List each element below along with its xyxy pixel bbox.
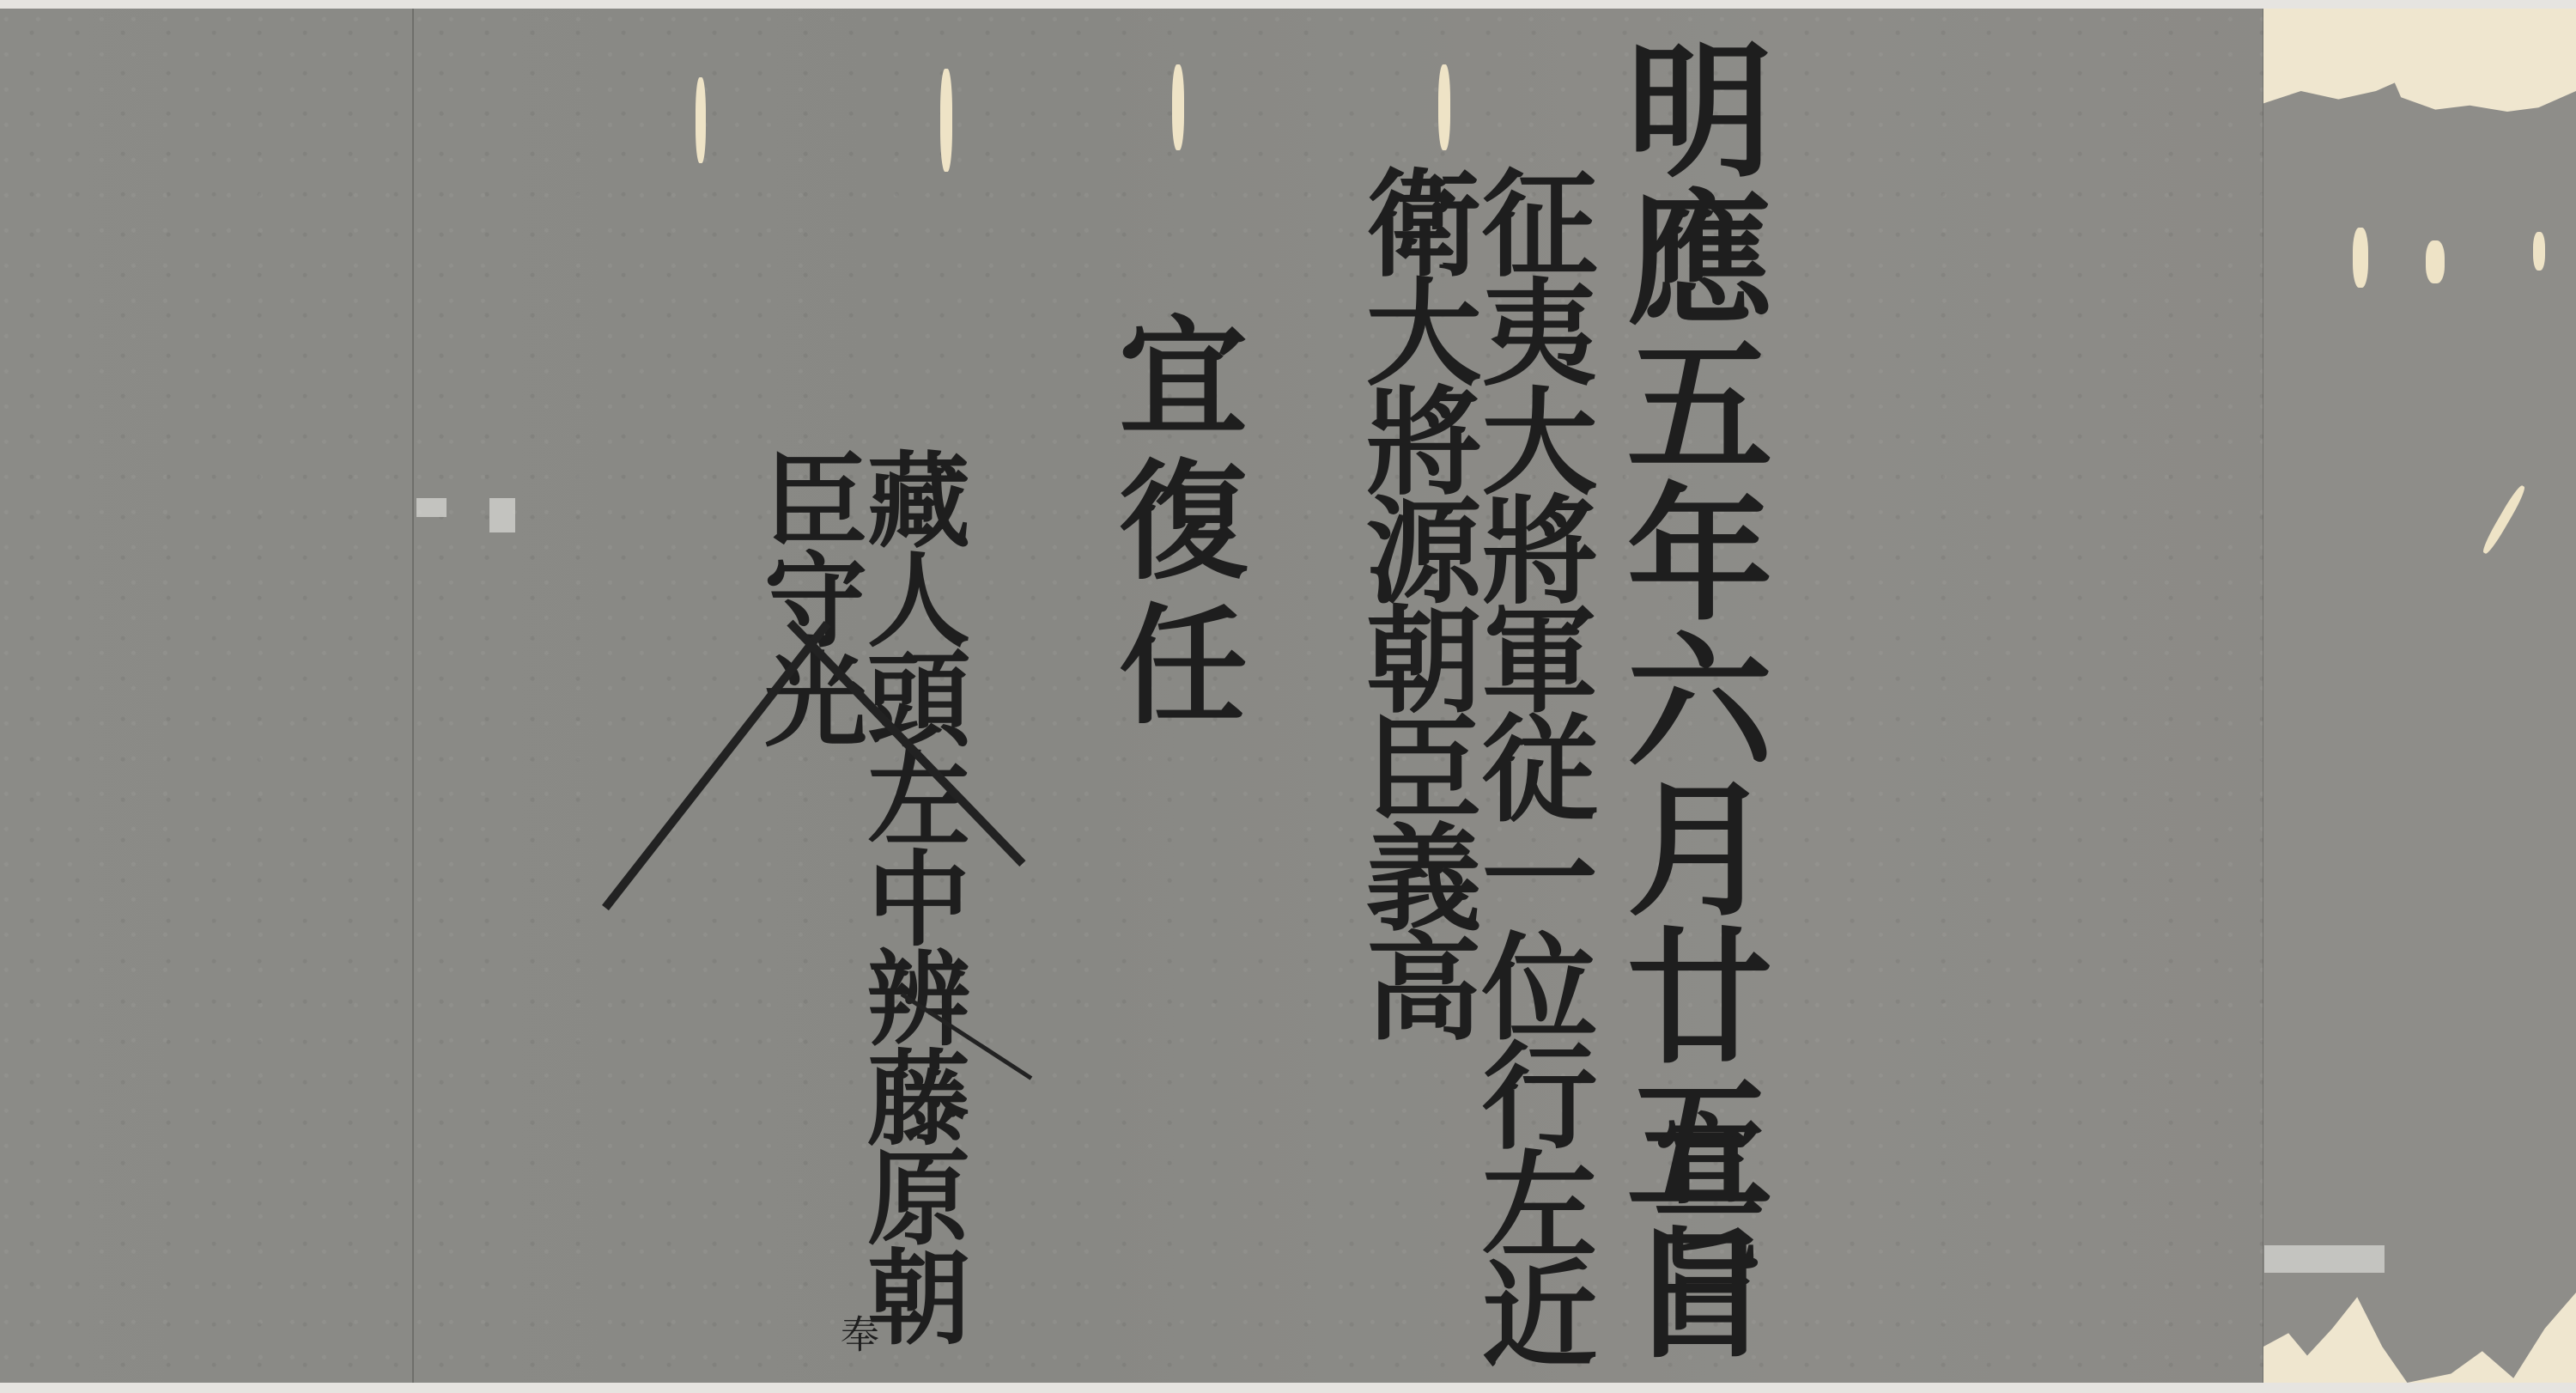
wormhole-damage <box>2426 240 2445 283</box>
repair-patch <box>489 498 515 532</box>
backing-paper <box>2263 9 2576 1383</box>
wormhole-damage <box>2353 228 2368 288</box>
wormhole-damage <box>2533 232 2545 271</box>
wormhole-damage <box>1172 64 1184 150</box>
ho-annotation: 奉 <box>837 1314 876 1354</box>
paper-seam <box>412 9 414 1383</box>
wormhole-damage <box>696 77 706 163</box>
shogun-title-column: 征夷大將軍従一位行左近衛大將源朝臣義高 <box>1357 163 1589 1393</box>
wormhole-damage <box>940 69 952 172</box>
repair-patch <box>2264 1245 2385 1273</box>
document-sheet <box>0 9 2576 1383</box>
repair-patch <box>416 498 447 517</box>
senji-mark: 宣旨 <box>1644 1108 1756 1335</box>
order-column: 宜復任 <box>1108 309 1236 742</box>
kurodo-signature-column: 藏人頭左中辨藤原朝臣守光 <box>756 447 962 1393</box>
wormhole-damage <box>1438 64 1450 150</box>
